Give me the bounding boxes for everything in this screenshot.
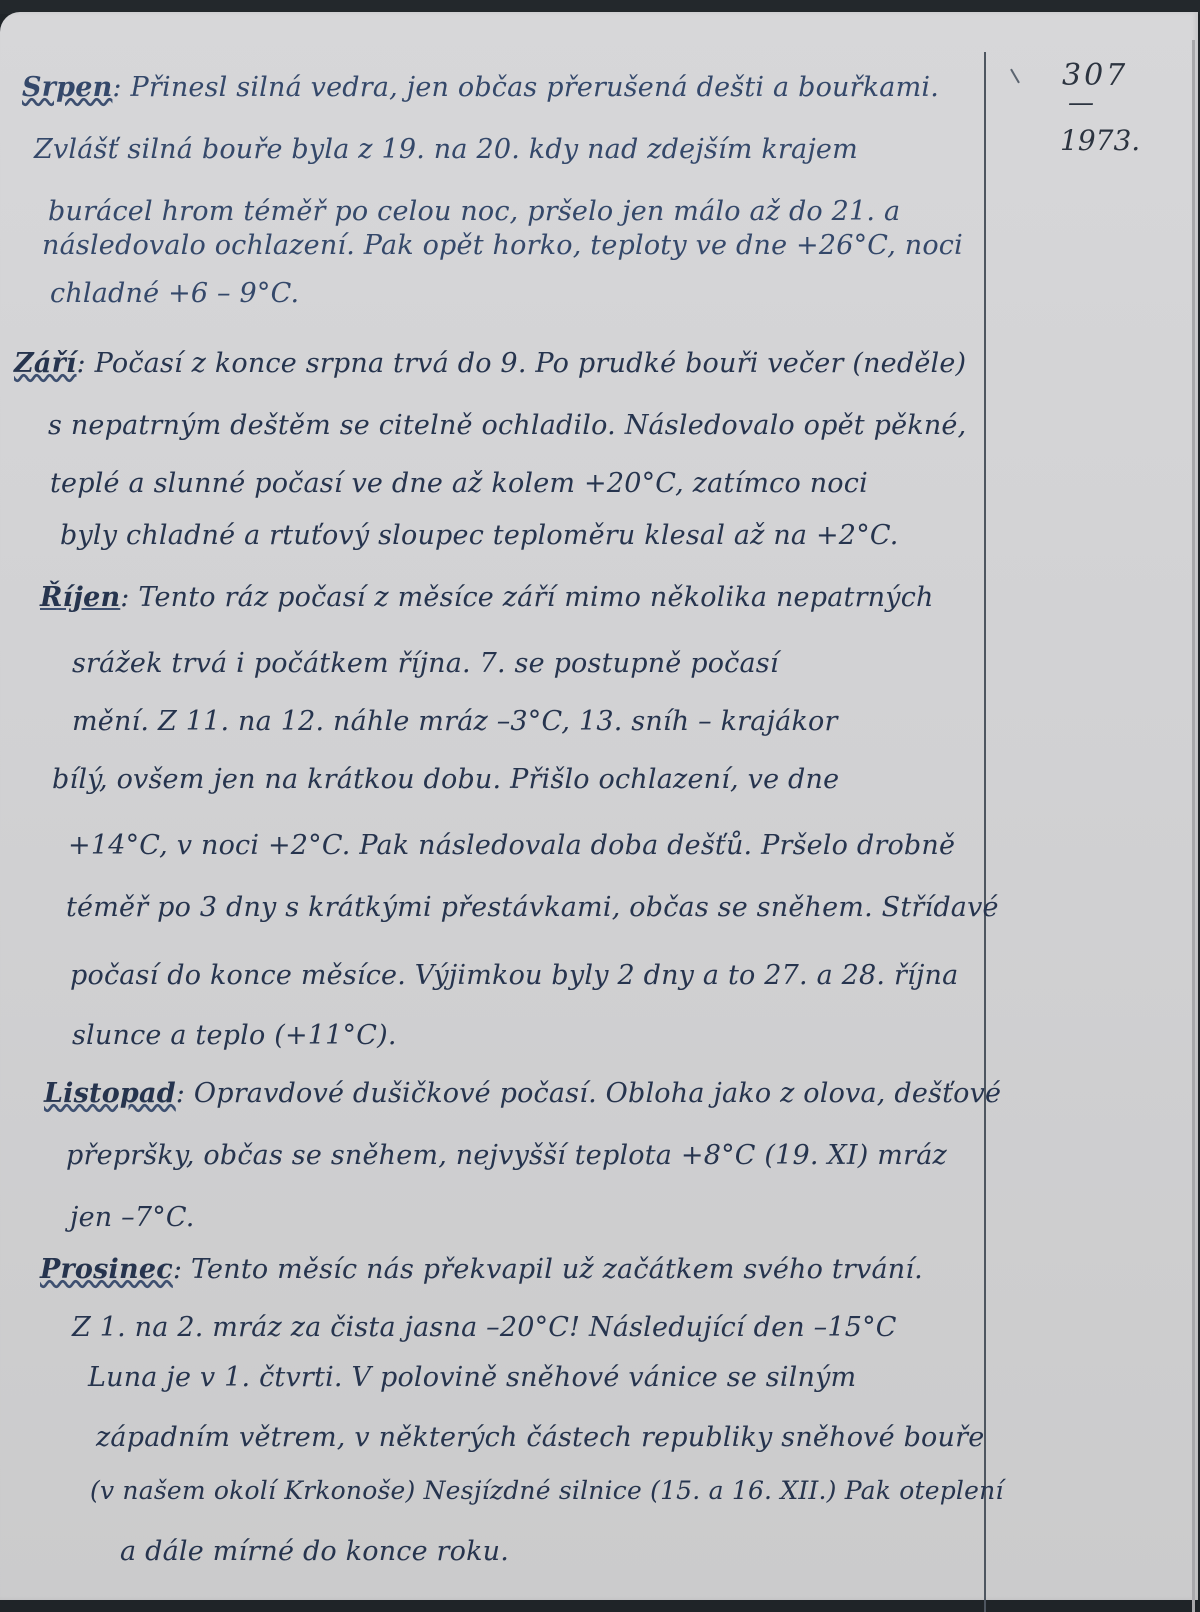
entry-line: srážek trvá i počátkem října. 7. se post… <box>72 648 779 679</box>
month-heading-zari: Září <box>14 348 77 379</box>
month-heading-rijen: Říjen <box>40 582 120 613</box>
entry-line: byly chladné a rtuťový sloupec teploměru… <box>60 520 899 551</box>
entry-line: Luna je v 1. čtvrti. V polovině sněhové … <box>88 1362 856 1393</box>
entry-text: Opravdové dušičkové počasí. Obloha jako … <box>194 1078 1001 1109</box>
entry-line: Listopad: Opravdové dušičkové počasí. Ob… <box>44 1078 1001 1109</box>
chronicle-year: 1973. <box>1060 124 1140 157</box>
entry-line: teplé a slunné počasí ve dne až kolem +2… <box>50 468 868 499</box>
margin-tick-mark <box>1010 69 1020 84</box>
entry-line: Prosinec: Tento měsíc nás překvapil už z… <box>40 1254 923 1285</box>
page-number-separator: — <box>1068 88 1094 118</box>
entry-text: Tento měsíc nás překvapil už začátkem sv… <box>191 1254 923 1285</box>
margin-rule <box>984 52 986 1600</box>
entry-line: slunce a teplo (+11°C). <box>72 1020 397 1051</box>
entry-line: přepršky, občas se sněhem, nejvyšší tepl… <box>66 1140 947 1171</box>
entry-line: (v našem okolí Krkonoše) Nesjízdné silni… <box>90 1476 1004 1505</box>
entry-line: téměř po 3 dny s krátkými přestávkami, o… <box>66 892 999 923</box>
entry-line: chladné +6 – 9°C. <box>50 278 299 309</box>
entry-line: Srpen: Přinesl silná vedra, jen občas př… <box>22 72 939 103</box>
entry-line: mění. Z 11. na 12. náhle mráz –3°C, 13. … <box>72 706 838 737</box>
entry-line: Září: Počasí z konce srpna trvá do 9. Po… <box>14 348 966 379</box>
page-edge <box>1192 40 1195 1600</box>
entry-text: Přinesl silná vedra, jen občas přerušená… <box>131 72 940 103</box>
entry-line: počasí do konce měsíce. Výjimkou byly 2 … <box>70 960 958 991</box>
entry-line: s nepatrným deštěm se citelně ochladilo.… <box>48 410 966 441</box>
entry-line: Zvlášť silná bouře byla z 19. na 20. kdy… <box>34 134 858 165</box>
entry-line: následovalo ochlazení. Pak opět horko, t… <box>42 230 963 261</box>
entry-line: západním větrem, v některých částech rep… <box>96 1422 984 1453</box>
entry-text: Počasí z konce srpna trvá do 9. Po prudk… <box>95 348 967 379</box>
month-heading-prosinec: Prosinec <box>40 1254 173 1285</box>
ledger-page: 307 — 1973. Srpen: Přinesl silná vedra, … <box>0 12 1198 1600</box>
entry-line: burácel hrom téměř po celou noc, pršelo … <box>48 196 900 227</box>
entry-line: bílý, ovšem jen na krátkou dobu. Přišlo … <box>52 764 839 795</box>
entry-line: Říjen: Tento ráz počasí z měsíce září mi… <box>40 582 934 613</box>
entry-line: +14°C, v noci +2°C. Pak následovala doba… <box>68 830 955 861</box>
entry-line: jen –7°C. <box>70 1202 195 1233</box>
month-heading-srpen: Srpen <box>22 72 112 103</box>
entry-text: Tento ráz počasí z měsíce září mimo něko… <box>138 582 933 613</box>
entry-line: a dále mírné do konce roku. <box>120 1536 509 1567</box>
month-heading-listopad: Listopad <box>44 1078 176 1109</box>
entry-line: Z 1. na 2. mráz za čista jasna –20°C! Ná… <box>72 1312 897 1343</box>
